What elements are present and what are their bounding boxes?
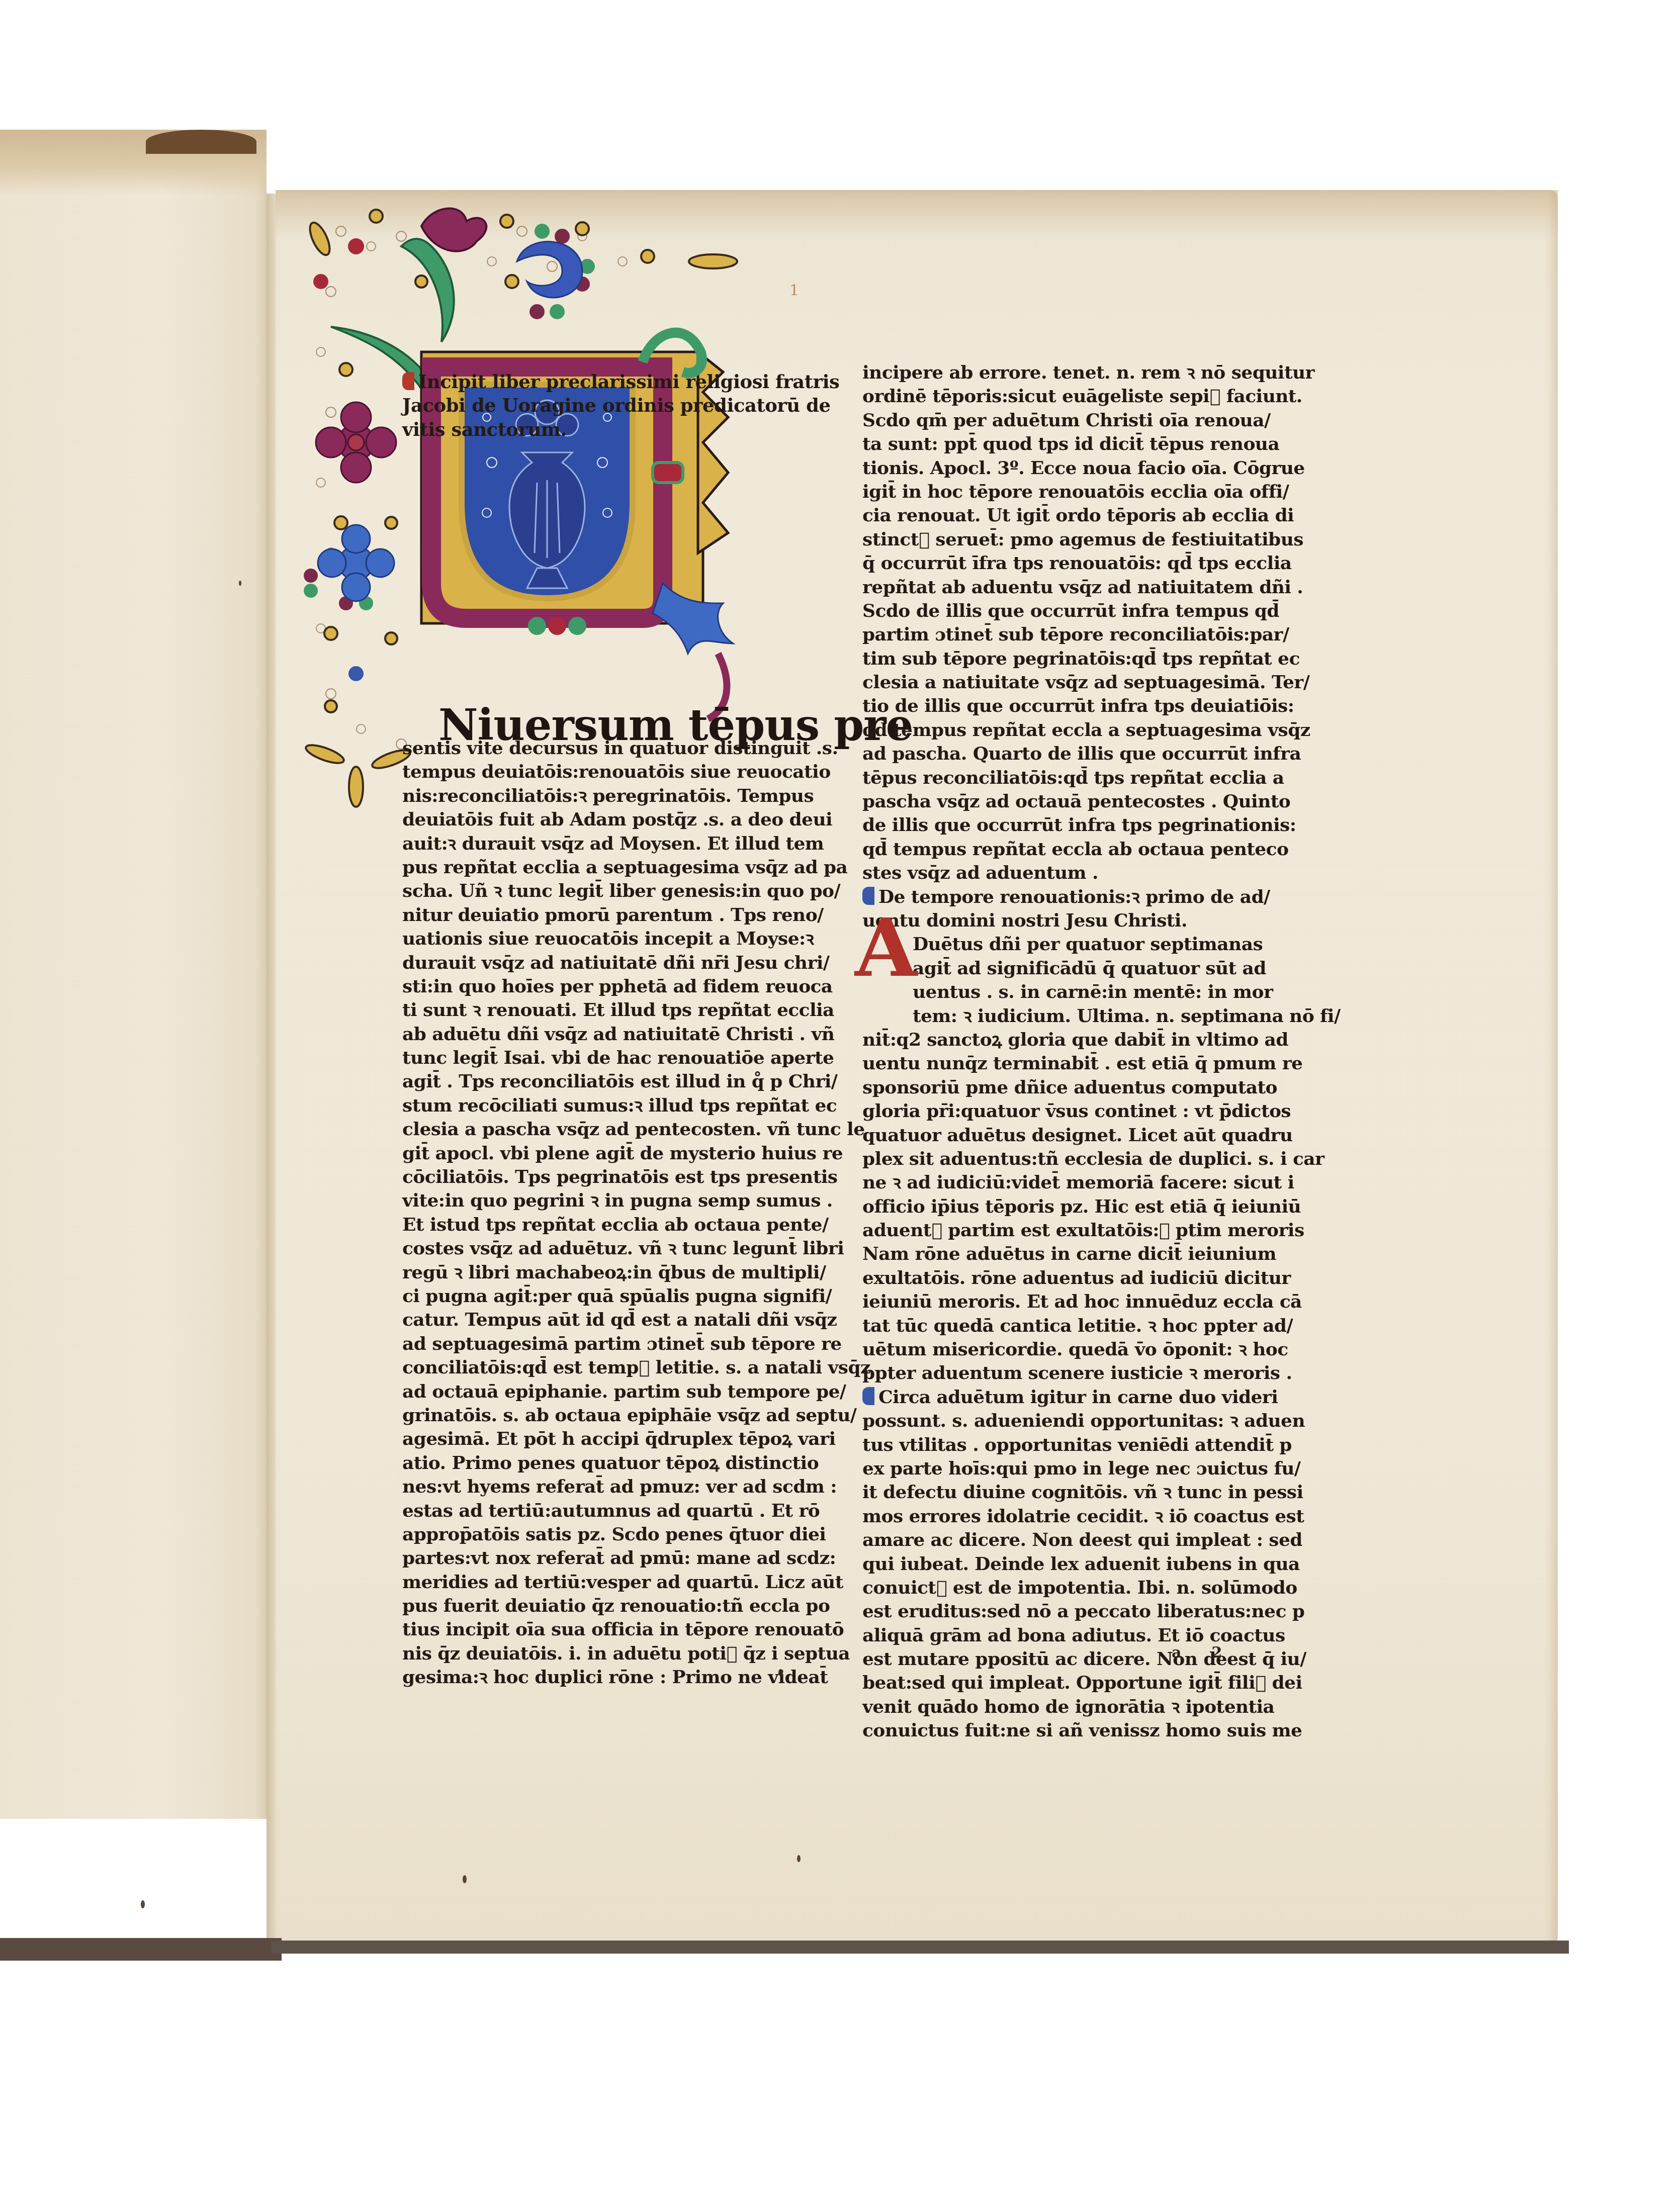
text-line: tunc legit̄ Isai. vbi de hac renouatiōe … — [402, 1046, 825, 1070]
text-line: qd̄ tempus repñtat eccla ab octaua pente… — [862, 838, 1280, 861]
text-line: venit quādo homo de ignorātia ꝛ ipotenti… — [862, 1695, 1280, 1719]
heading-line: Jacobi de Uoragine ordinis predicatorū d… — [402, 393, 835, 417]
wormhole — [239, 581, 241, 586]
heading-line: Incipit liber preclarissimi religiosi fr… — [418, 371, 839, 393]
text-line: nitur deuiatio pmorū parentum . Tps reno… — [402, 903, 825, 927]
text-line: ne ꝛ ad iudiciū:videt̄ memoriā facere: s… — [862, 1171, 1280, 1194]
text-line: nis:reconciliatōis:ꝛ peregrinatōis. Temp… — [402, 784, 825, 808]
text-line: Scdo qm̄ per aduētum Christi oīa renoua/ — [862, 409, 1280, 432]
text-line: Circa aduētum igitur in carne duo videri — [862, 1386, 1280, 1409]
text-line: pascha vsq̄z ad octauā pentecostes . Qui… — [862, 790, 1280, 813]
text-line: deuiatōis fuit ab Adam postq̄z .s. a deo… — [402, 808, 825, 832]
text-line: nis q̄z deuiatōis. i. in aduētu poti᷒ q̄… — [402, 1642, 825, 1666]
text-line: plex sit aduentus:tñ ecclesia de duplici… — [862, 1147, 1280, 1171]
text-line: incipere ab errore. tenet. n. rem ꝛ nō s… — [862, 361, 1280, 385]
text-line: Scdo de illis que occurrūt infra tempus … — [862, 599, 1280, 623]
text-line: tio de illis que occurrūt infra tps deui… — [862, 694, 1280, 718]
text-line: ti sunt ꝛ renouati. Et illud tps repñtat… — [402, 998, 825, 1022]
text-line: Et istud tps repñtat ecclia ab octaua pe… — [402, 1213, 825, 1237]
heading-line: vitis sanctorum. — [402, 417, 835, 441]
text-line: ta sunt: ppt̄ quod tps id dicit̄ tēpus r… — [862, 432, 1280, 456]
text-line: nit̄:q2 sanctoꝝ gloria que dabit̄ in vlt… — [862, 1028, 1280, 1052]
text-line: pus fuerit deuiatio q̄z renouatio:tñ ecc… — [402, 1594, 825, 1618]
section-heading-line: uentu domini nostri Jesu Christi. — [862, 909, 1280, 933]
acanthus-swirl-icon — [517, 242, 582, 298]
text-line: conciliatōis:qd̄ est temp᷒ letitie. s. a… — [402, 1356, 825, 1379]
flower-icon — [318, 525, 394, 601]
text-line: repñtat ab aduentu vsq̄z ad natiuitatem … — [862, 576, 1280, 599]
text-line: stinct᷒ seruet̄: pmo agemus de festiuita… — [862, 528, 1280, 551]
text-line: tius incipit oīa sua officia in tēpore r… — [402, 1618, 825, 1641]
text-line: gesima:ꝛ hoc duplici rōne : Primo ne vid… — [402, 1666, 825, 1689]
text-line: uationis siue reuocatōis incepit a Moyse… — [402, 927, 825, 951]
left-flyleaf-page — [0, 130, 267, 1819]
text-line: qd̄ tempus repñtat eccla a septuagesima … — [862, 718, 1280, 742]
text-line: git̄ apocl. vbi plene agit̄ de mysterio … — [402, 1142, 825, 1165]
wormhole — [797, 1855, 801, 1862]
text-line: qui iubeat. Deinde lex aduenit iubens in… — [862, 1552, 1280, 1576]
text-line: exultatōis. rōne aduentus ad iudiciū dic… — [862, 1266, 1280, 1290]
text-line: ab aduētu dñi vsq̄z ad natiuitatē Christ… — [402, 1023, 825, 1046]
text-line: possunt. s. adueniendi opportunitas: ꝛ a… — [862, 1409, 1280, 1433]
wormhole — [463, 1875, 467, 1883]
text-line: conuictus fuit:ne si añ venissz homo sui… — [862, 1719, 1280, 1742]
paragraph-mark-icon — [862, 1387, 874, 1405]
text-line: uētum misericordie. quedā v̄o ōponit: ꝛ … — [862, 1338, 1280, 1361]
text-line: partim ɔtinet̄ sub tēpore reconciliatōis… — [862, 623, 1280, 647]
text-line: tēpus reconciliatōis:qd̄ tps repñtat ecc… — [862, 766, 1280, 790]
text-line: atio. Primo penes quatuor tēpoꝝ distinct… — [402, 1451, 825, 1475]
binding-leather-top — [146, 130, 256, 154]
text-line: ex parte hoīs:qui pmo in lege nec ɔuictu… — [862, 1457, 1280, 1481]
text-line: q̄ occurrūt īfra tps renouatōis: qd̄ tps… — [862, 551, 1280, 575]
incipit-heading: Incipit liber preclarissimi religiosi fr… — [402, 370, 835, 441]
text-line: tem: ꝛ iudicium. Ultima. n. septimana nō… — [862, 1004, 1280, 1028]
text-column-left: sentis vite decursus in quatuor distingu… — [402, 736, 825, 1690]
text-line: tempus deuiatōis:renouatōis siue reuocat… — [402, 760, 825, 784]
text-line: auit:ꝛ durauit vsq̄z ad Moysen. Et illud… — [402, 832, 825, 856]
text-line: stum recōciliati sumus:ꝛ illud tps repñt… — [402, 1094, 825, 1118]
text-line-content: De tempore renouationis:ꝛ primo de ad/ — [878, 886, 1270, 907]
text-line: scha. Uñ ꝛ tunc legit̄ liber genesis:in … — [402, 879, 825, 903]
signature-mark: a2 — [1172, 1644, 1252, 1662]
text-line: estas ad tertiū:autumnus ad quartū . Et … — [402, 1499, 825, 1523]
text-line: cia renouat. Ut igit̄ ordo tēporis ab ec… — [862, 504, 1280, 527]
paragraph-mark-icon — [402, 372, 414, 390]
text-line: tus vtilitas . opportunitas veniēdi atte… — [862, 1433, 1280, 1457]
text-line: officio ip̄ius tēporis pz. Hic est etiā … — [862, 1195, 1280, 1219]
text-line: meridies ad tertiū:vesper ad quartū. Lic… — [402, 1571, 825, 1594]
text-column-right: incipere ab errore. tenet. n. rem ꝛ nō s… — [862, 361, 1280, 1743]
text-line: ppter aduentum scenere iusticie ꝛ merori… — [862, 1361, 1280, 1385]
text-line: tim sub tēpore pegrinatōis:qd̄ tps repñt… — [862, 647, 1280, 671]
text-line: Nam rōne aduētus in carne dicit̄ ieiuniu… — [862, 1242, 1280, 1266]
text-line: clesia a natiuitate vsq̄z ad septuagesim… — [862, 671, 1280, 694]
text-line: cōciliatōis. Tps pegrinatōis est tps pre… — [402, 1165, 825, 1189]
flower-icon — [316, 402, 396, 483]
text-line: aduent᷒ partim est exultatōis:ꝛ ptim mer… — [862, 1219, 1280, 1242]
text-line: sti:in quo hoīes per pphetā ad fidem reu… — [402, 975, 825, 998]
text-line: de illis que occurrūt infra tps pegrinat… — [862, 813, 1280, 837]
text-line: agit̄ ad significādū q̄ quatuor sūt ad — [862, 957, 1280, 980]
text-line: agit̄ . Tps reconciliatōis est illud in … — [402, 1070, 825, 1093]
text-line: agesimā. Et pōt h accipi q̄druplex tēpoꝝ… — [402, 1427, 825, 1451]
text-line: Duētus dñi per quatuor septimanas — [862, 933, 1280, 956]
text-line: partes:vt nox referat̄ ad pmū: mane ad s… — [402, 1546, 825, 1570]
text-line: ad septuagesimā partim ɔtinet̄ sub tēpor… — [402, 1332, 825, 1356]
text-line: stes vsq̄z ad aduentum . — [862, 861, 1280, 885]
text-line: clesia a pascha vsq̄z ad pentecosten. vñ… — [402, 1118, 825, 1141]
ink-dot — [778, 1669, 783, 1676]
text-line: uentu nunq̄z terminabit̄ . est etiā q̄ p… — [862, 1052, 1280, 1075]
text-line: ci pugna agit̄:per quā spūalis pugna sig… — [402, 1284, 825, 1308]
text-line: grinatōis. s. ab octaua epiphāie vsq̄z a… — [402, 1404, 825, 1427]
text-line: uentus . s. in carnē:in mentē: in mor — [862, 980, 1280, 1004]
text-line: igit̄ in hoc tēpore renouatōis ecclia oī… — [862, 480, 1280, 504]
text-line: sponsoriū pme dñice aduentus computato — [862, 1076, 1280, 1099]
text-line: ieiuniū meroris. Et ad hoc innuēduz eccl… — [862, 1290, 1280, 1314]
text-line: nes:vt hyems referat̄ ad pmuz: ver ad sc… — [402, 1475, 825, 1499]
text-line: est eruditus:sed nō a peccato liberatus:… — [862, 1600, 1280, 1623]
text-line: mos errores idolatrie cecidit. ꝛ iō coac… — [862, 1505, 1280, 1528]
section-heading-line: De tempore renouationis:ꝛ primo de ad/ — [862, 885, 1280, 909]
text-line: ordinē tēporis:sicut euāgeliste sepi᷒ fa… — [862, 385, 1280, 408]
colored-bead-icon — [528, 617, 586, 635]
text-line-content: Circa aduētum igitur in carne duo videri — [878, 1387, 1278, 1408]
text-line: sentis vite decursus in quatuor distingu… — [402, 736, 825, 760]
text-line: conuict᷒ est de impotentia. Ibi. n. solū… — [862, 1576, 1280, 1600]
binding-leather-bottom — [272, 1941, 1569, 1954]
text-line: gloria pr̄i:quatuor v̄sus continet : vt … — [862, 1099, 1280, 1123]
text-line: catur. Tempus aūt id qd̄ est a natali dñ… — [402, 1308, 825, 1332]
rubricated-initial: A — [855, 907, 917, 988]
text-line: it defectu diuine cognitōis. vñ ꝛ tunc i… — [862, 1481, 1280, 1504]
text-line: tat tūc quedā cantica letitie. ꝛ hoc ppt… — [862, 1314, 1280, 1338]
binding-leather-bottom-left — [0, 1938, 282, 1961]
text-line: pus repñtat ecclia a septuagesima vsq̄z … — [402, 856, 825, 879]
text-line: durauit vsq̄z ad natiuitatē dñi nr̄i Jes… — [402, 951, 825, 975]
text-line: approp̄atōis satis pz. Scdo penes q̄tuor… — [402, 1523, 825, 1546]
text-line: ad octauā epiphanie. partim sub tempore … — [402, 1380, 825, 1404]
text-line: costes vsq̄z ad aduētuz. vñ ꝛ tunc legun… — [402, 1237, 825, 1260]
text-line: vite:in quo pegrini ꝛ in pugna semp sumu… — [402, 1189, 825, 1213]
text-line: tionis. Apocl. 3º. Ecce noua facio oīa. … — [862, 456, 1280, 480]
text-line: amare ac dicere. Non deest qui impleat :… — [862, 1528, 1280, 1552]
text-line: ad pascha. Quarto de illis que occurrūt … — [862, 742, 1280, 766]
text-line: beat:sed qui impleat. Opportune igit̄ fi… — [862, 1671, 1280, 1695]
text-line: regū ꝛ libri machabeoꝝ:in q̄bus de multi… — [402, 1261, 825, 1284]
wormhole — [141, 1900, 145, 1908]
text-line: quatuor aduētus designet. Licet aūt quad… — [862, 1124, 1280, 1147]
